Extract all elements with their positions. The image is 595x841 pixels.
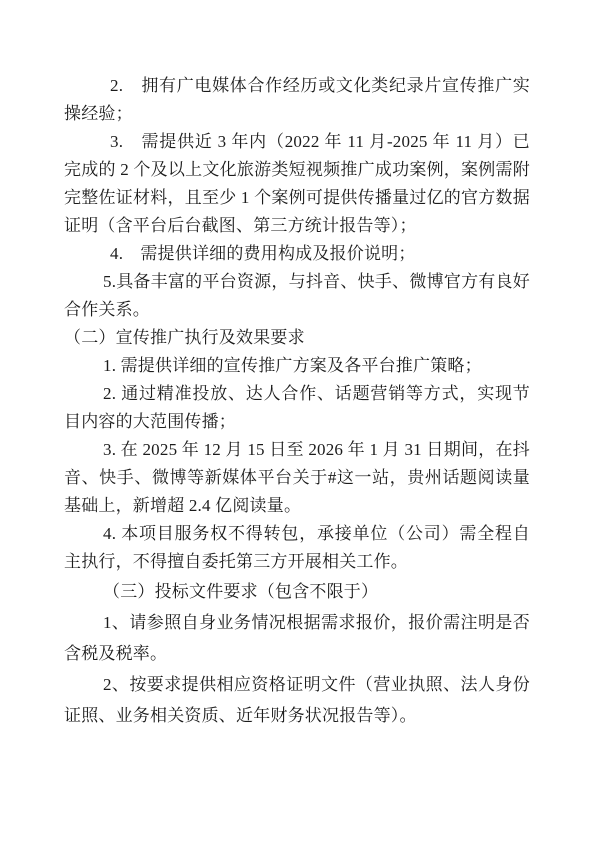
promo-requirement-4: 4. 本项目服务权不得转包，承接单位（公司）需全程自主执行，不得擅自委托第三方开…: [64, 520, 530, 576]
bid-document-requirement-1: 1、请参照自身业务情况根据需求报价，报价需注明是否含税及税率。: [64, 607, 530, 669]
qualification-item-3: 3. 需提供近 3 年内（2022 年 11 月-2025 年 11 月）已完成…: [64, 128, 530, 240]
qualification-item-4: 4. 需提供详细的费用构成及报价说明；: [64, 240, 530, 268]
section-three-heading: （三）投标文件要求（包含不限于）: [64, 576, 530, 607]
promo-requirement-3: 3. 在 2025 年 12 月 15 日至 2026 年 1 月 31 日期间…: [64, 436, 530, 520]
bid-document-requirement-2: 2、按要求提供相应资格证明文件（营业执照、法人身份证照、业务相关资质、近年财务状…: [64, 669, 530, 731]
section-two-heading: （二）宣传推广执行及效果要求: [64, 324, 530, 352]
qualification-item-5: 5.具备丰富的平台资源，与抖音、快手、微博官方有良好合作关系。: [64, 268, 530, 324]
document-page: 2. 拥有广电媒体合作经历或文化类纪录片宣传推广实操经验； 3. 需提供近 3 …: [0, 0, 595, 841]
promo-requirement-2: 2. 通过精准投放、达人合作、话题营销等方式，实现节目内容的大范围传播；: [64, 380, 530, 436]
qualification-item-2: 2. 拥有广电媒体合作经历或文化类纪录片宣传推广实操经验；: [64, 72, 530, 128]
promo-requirement-1: 1. 需提供详细的宣传推广方案及各平台推广策略；: [64, 352, 530, 380]
